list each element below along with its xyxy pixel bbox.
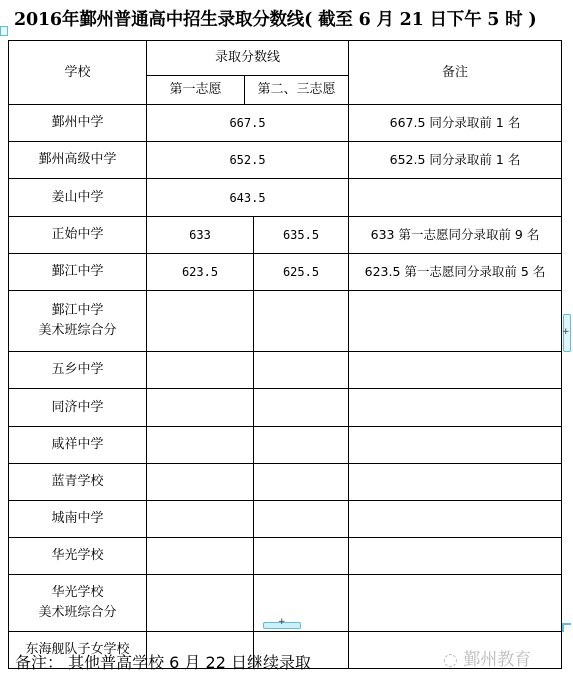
school-name-line: 姜山中学	[9, 188, 146, 208]
watermark: ◌ 鄞州教育	[443, 645, 531, 670]
cell-first-choice	[147, 389, 254, 427]
cell-first-choice	[147, 464, 254, 501]
school-name-line: 华光学校	[9, 546, 146, 566]
header-school: 学校	[9, 41, 147, 105]
cell-first-choice	[147, 501, 254, 538]
footnote: 备注： 其他普高学校 6 月 22 日继续录取	[15, 650, 311, 673]
table-row: 鄞州高级中学652.5652.5 同分录取前 1 名	[9, 142, 562, 179]
column-resize-handle[interactable]: +	[563, 314, 571, 352]
cell-merged-score: 643.5	[147, 179, 349, 217]
table-row: 华光学校	[9, 538, 562, 575]
school-name-line: 咸祥中学	[9, 435, 146, 455]
cell-school: 鄞江中学美术班综合分	[9, 291, 147, 352]
plus-icon: +	[278, 617, 286, 627]
cell-first-choice	[147, 538, 254, 575]
school-name-line: 鄞州高级中学	[9, 150, 146, 170]
cell-merged-score: 667.5	[147, 105, 349, 142]
header-note: 备注	[349, 41, 562, 105]
header-score-group: 录取分数线	[147, 41, 349, 76]
school-name-line: 五乡中学	[9, 360, 146, 380]
cell-note	[349, 538, 562, 575]
cell-first-choice: 633	[147, 217, 254, 254]
page-title: 2016年鄞州普通高中招生录取分数线( 截至 6 月 21 日下午 5 时 )	[14, 6, 536, 31]
cell-note	[349, 501, 562, 538]
cell-school: 城南中学	[9, 501, 147, 538]
table-row: 姜山中学643.5	[9, 179, 562, 217]
school-name-line: 鄞州中学	[9, 113, 146, 133]
table-row: 五乡中学	[9, 352, 562, 389]
cell-note	[349, 464, 562, 501]
cell-school: 鄞州高级中学	[9, 142, 147, 179]
cell-note: 652.5 同分录取前 1 名	[349, 142, 562, 179]
cell-note	[349, 352, 562, 389]
cell-second-choice	[254, 389, 349, 427]
cell-school: 华光学校	[9, 538, 147, 575]
cell-note: 623.5 第一志愿同分录取前 5 名	[349, 254, 562, 291]
cell-second-choice	[254, 464, 349, 501]
school-name-line: 蓝青学校	[9, 472, 146, 492]
table-row: 鄞江中学623.5625.5623.5 第一志愿同分录取前 5 名	[9, 254, 562, 291]
table-row: 城南中学	[9, 501, 562, 538]
school-name-line: 正始中学	[9, 225, 146, 245]
cell-first-choice	[147, 575, 254, 632]
cell-school: 五乡中学	[9, 352, 147, 389]
admission-score-table: 学校 录取分数线 备注 第一志愿 第二、三志愿 鄞州中学667.5667.5 同…	[8, 40, 562, 669]
table-row: 鄞江中学美术班综合分	[9, 291, 562, 352]
school-name-line: 美术班综合分	[9, 603, 146, 623]
row-insert-handle[interactable]: +	[263, 622, 301, 629]
table-resize-corner-icon[interactable]	[562, 623, 571, 632]
watermark-text: 鄞州教育	[463, 650, 531, 670]
table-row: 同济中学	[9, 389, 562, 427]
cell-school: 咸祥中学	[9, 427, 147, 464]
cell-second-choice	[254, 352, 349, 389]
school-name-line: 华光学校	[9, 583, 146, 603]
table-row: 鄞州中学667.5667.5 同分录取前 1 名	[9, 105, 562, 142]
table-row: 正始中学633635.5633 第一志愿同分录取前 9 名	[9, 217, 562, 254]
cell-note	[349, 389, 562, 427]
cell-note	[349, 179, 562, 217]
plus-icon: +	[562, 327, 570, 337]
cell-first-choice	[147, 291, 254, 352]
cell-note: 667.5 同分录取前 1 名	[349, 105, 562, 142]
cell-note	[349, 427, 562, 464]
school-name-line: 城南中学	[9, 509, 146, 529]
school-name-line: 鄞江中学	[9, 262, 146, 282]
cell-first-choice: 623.5	[147, 254, 254, 291]
cell-school: 鄞江中学	[9, 254, 147, 291]
cell-school: 正始中学	[9, 217, 147, 254]
cell-school: 同济中学	[9, 389, 147, 427]
school-name-line: 鄞江中学	[9, 301, 146, 321]
cell-school: 蓝青学校	[9, 464, 147, 501]
cell-note	[349, 291, 562, 352]
header-first-choice: 第一志愿	[147, 76, 245, 105]
cell-second-choice: 625.5	[254, 254, 349, 291]
header-second-third-choice: 第二、三志愿	[245, 76, 349, 105]
cell-second-choice	[254, 538, 349, 575]
cell-second-choice	[254, 501, 349, 538]
cell-second-choice: 635.5	[254, 217, 349, 254]
cell-note	[349, 575, 562, 632]
cell-first-choice	[147, 427, 254, 464]
school-name-line: 同济中学	[9, 398, 146, 418]
table-row: 咸祥中学	[9, 427, 562, 464]
school-name-line: 美术班综合分	[9, 321, 146, 341]
table-row: 蓝青学校	[9, 464, 562, 501]
cell-note: 633 第一志愿同分录取前 9 名	[349, 217, 562, 254]
cell-school: 姜山中学	[9, 179, 147, 217]
cell-second-choice	[254, 427, 349, 464]
table-anchor-icon[interactable]	[0, 26, 8, 36]
cell-first-choice	[147, 352, 254, 389]
cell-second-choice	[254, 291, 349, 352]
cell-school: 鄞州中学	[9, 105, 147, 142]
cell-merged-score: 652.5	[147, 142, 349, 179]
cell-school: 华光学校美术班综合分	[9, 575, 147, 632]
wechat-icon: ◌	[443, 650, 458, 670]
